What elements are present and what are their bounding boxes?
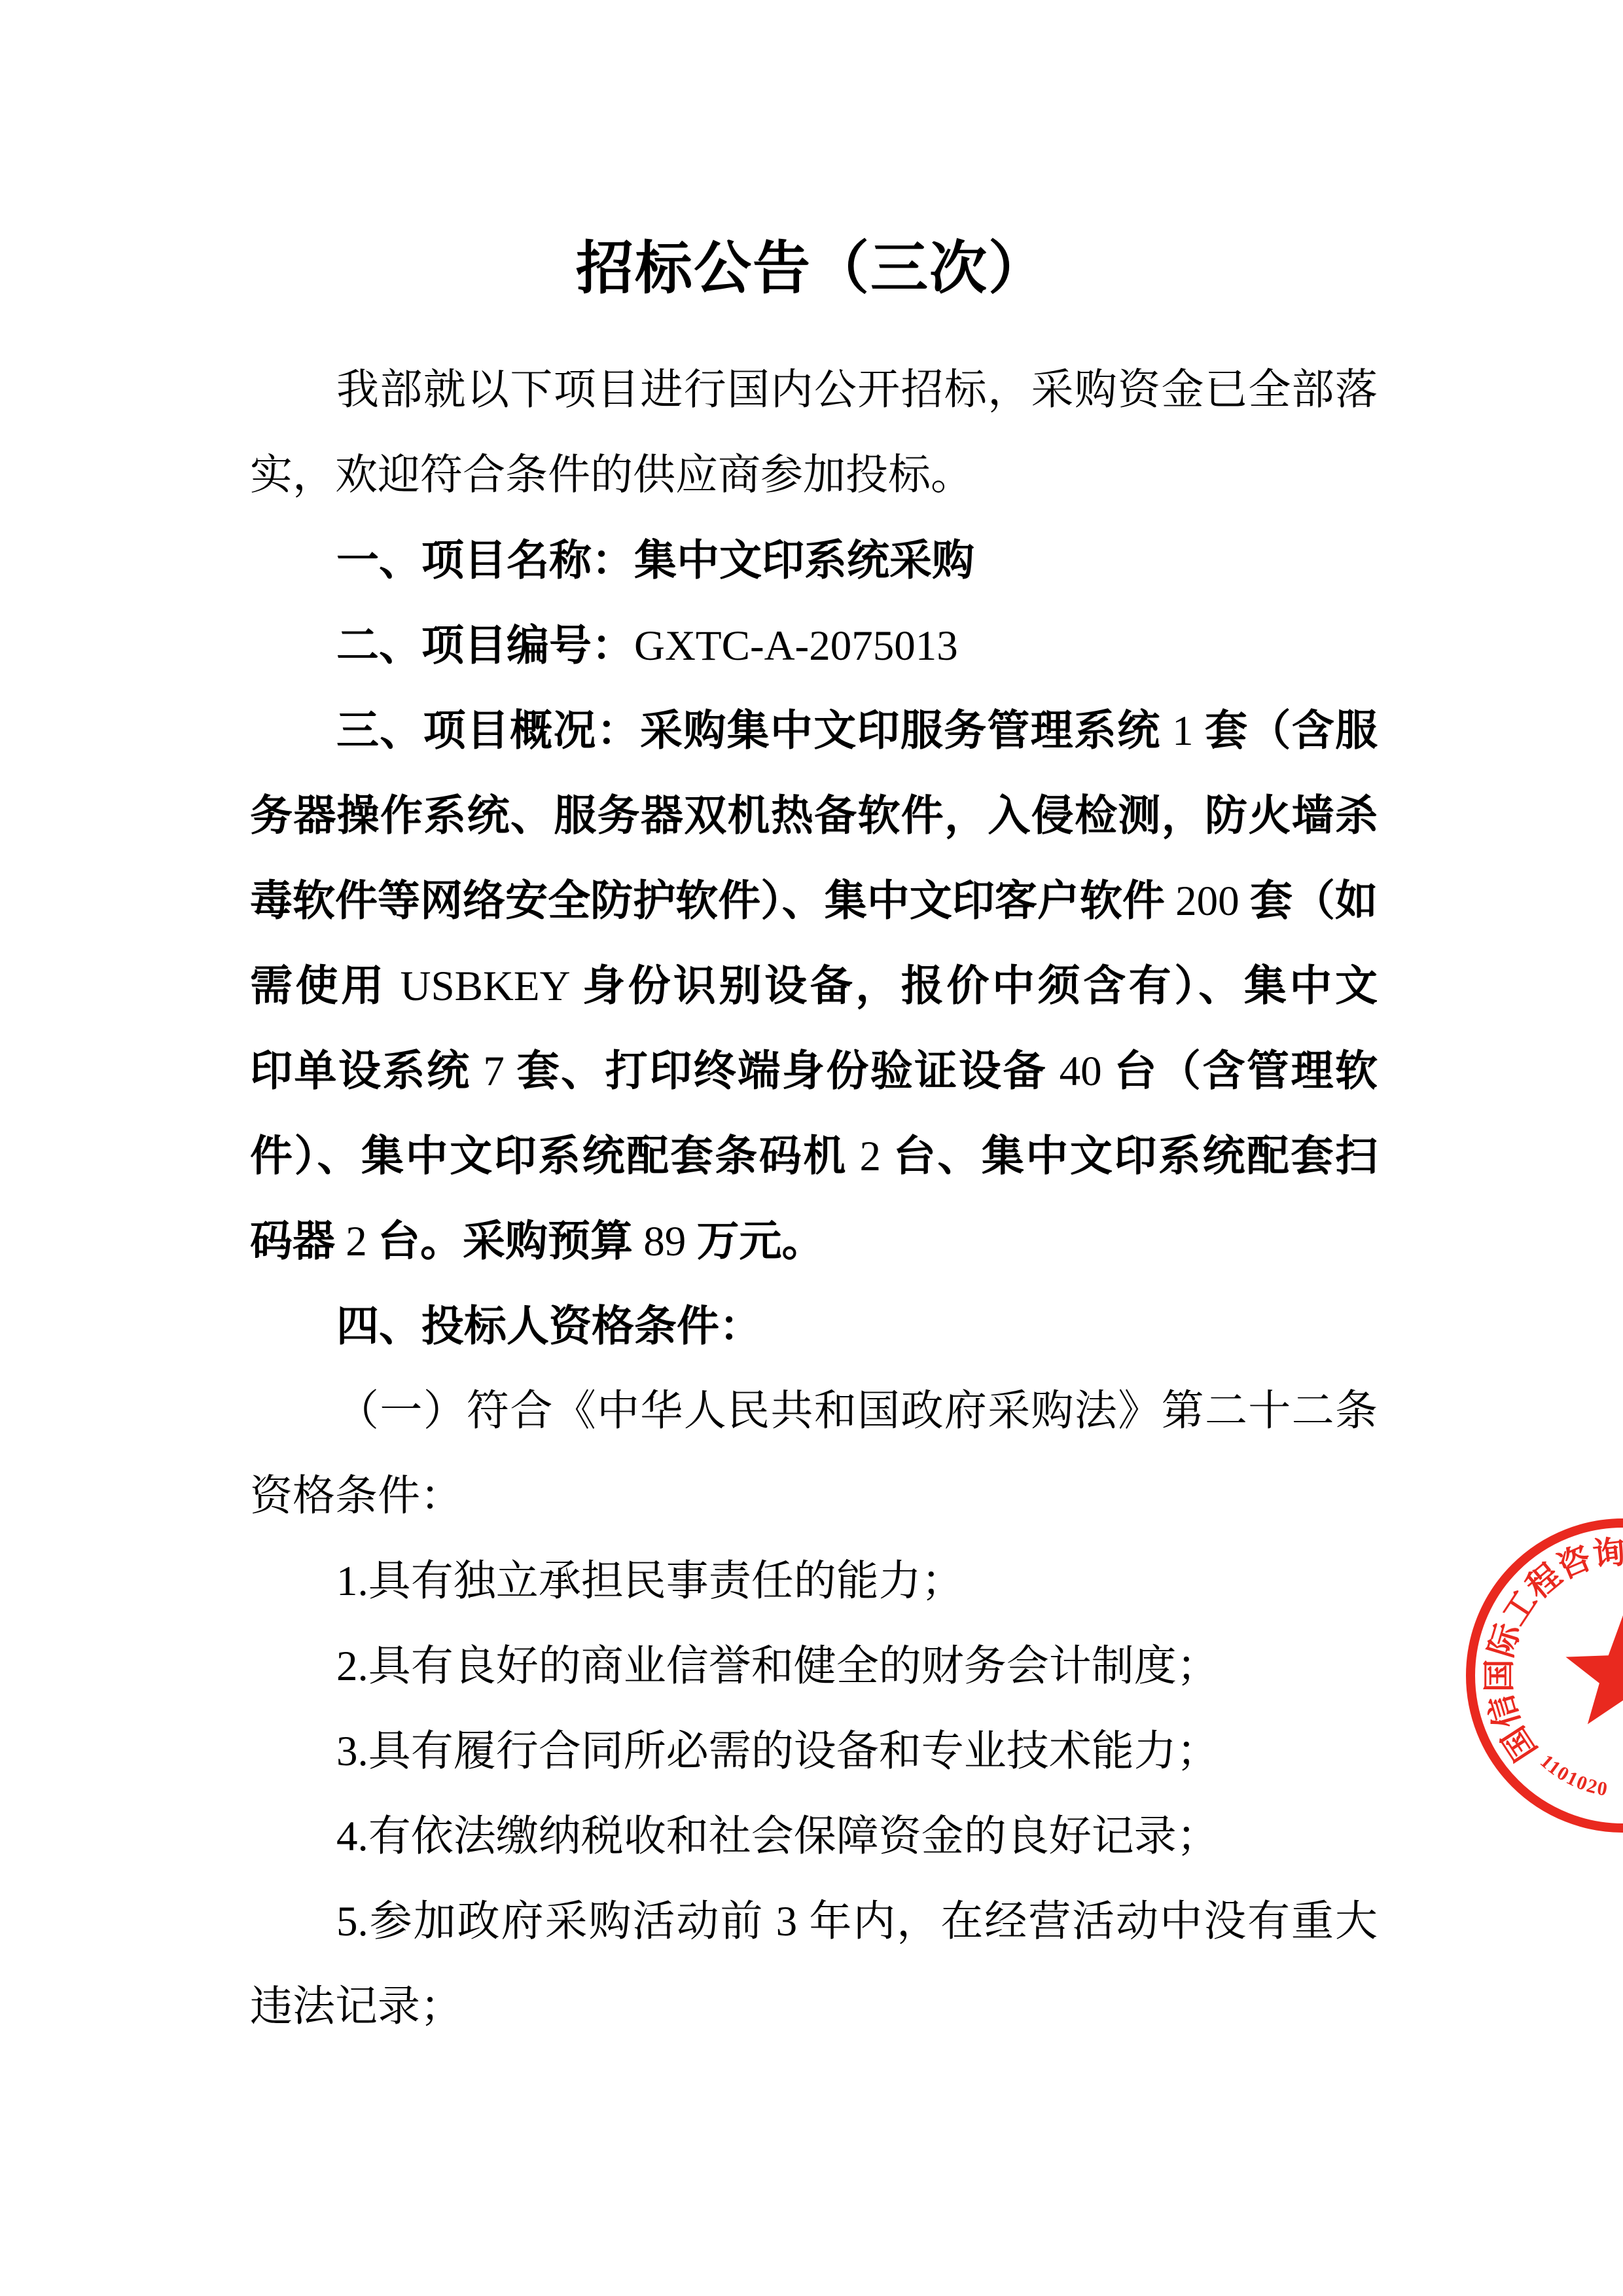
text-run: 5.参加政府采购活动前 3 年内，在经营活动中没有重大 [336,1898,1378,1945]
text-run: 台（含管理软 [1114,1047,1378,1094]
company-seal-stamp: 国信国际工程咨询 1101020 [1459,1512,1623,1839]
text-run: 200 [1165,878,1250,925]
text-run: 套（含服 [1205,706,1378,754]
text-run: 台、集中文印系统配套扫 [893,1132,1378,1179]
body-text: 我部就以下项目进行国内公开招标，采购资金已全部落实，欢迎符合条件的供应商参加投标… [250,348,1378,2049]
text-run: 1 [1161,708,1205,755]
text-run: GXTC-A-2075013 [634,622,958,670]
text-run: 务器操作系统、服务器双机热备软件，入侵检测，防火墙杀 [250,791,1378,839]
document-line: 一、项目名称：集中文印系统采购 [250,518,1378,603]
text-run: 身份识别设备，报价中须含有）、集中文 [582,961,1378,1009]
document-line: 2.具有良好的商业信誉和健全的财务会计制度； [250,1624,1378,1709]
text-run: 三、项目概况：采购集中文印服务管理系统 [336,706,1161,754]
text-run: 我部就以下项目进行国内公开招标，采购资金已全部落 [336,367,1378,414]
document-line: 务器操作系统、服务器双机热备软件，入侵检测，防火墙杀 [250,773,1378,858]
document-line: 3.具有履行合同所必需的设备和专业技术能力； [250,1709,1378,1794]
document-line: （一）符合《中华人民共和国政府采购法》第二十二条 [250,1369,1378,1454]
text-run: 台。采购预算 [378,1217,633,1265]
text-run: 89 [633,1218,697,1265]
text-run: 7 [471,1048,517,1095]
document-line: 码器 2 台。采购预算 89 万元。 [250,1198,1378,1283]
document-line: 4.有依法缴纳税收和社会保障资金的良好记录； [250,1794,1378,1879]
document-line: 实，欢迎符合条件的供应商参加投标。 [250,433,1378,518]
text-run: 一、项目名称：集中文印系统采购 [336,536,974,584]
document-line: 我部就以下项目进行国内公开招标，采购资金已全部落 [250,348,1378,433]
text-run: 2 [847,1133,893,1180]
text-run: 2 [335,1218,378,1265]
document-line: 5.参加政府采购活动前 3 年内，在经营活动中没有重大 [250,1879,1378,1964]
document-line: 二、项目编号：GXTC-A-2075013 [250,603,1378,688]
text-run: 3.具有履行合同所必需的设备和专业技术能力； [336,1728,1219,1775]
document-line: 毒软件等网络安全防护软件）、集中文印客户软件 200 套（如 [250,858,1378,943]
text-run: 二、项目编号： [336,621,634,669]
document-line: 资格条件： [250,1454,1378,1539]
document-line: 四、投标人资格条件： [250,1283,1378,1369]
text-run: 印单设系统 [250,1047,471,1094]
text-run: 实，欢迎符合条件的供应商参加投标。 [250,452,973,499]
text-run: 40 [1047,1048,1115,1095]
text-run: 2.具有良好的商业信誉和健全的财务会计制度； [336,1643,1219,1690]
text-run: 万元。 [697,1217,825,1265]
seal-star-icon [1566,1615,1623,1724]
seal-number-text: 1101020 [1536,1750,1610,1800]
document-line: 件）、集中文印系统配套条码机 2 台、集中文印系统配套扫 [250,1113,1378,1198]
page-title: 招标公告（三次） [0,227,1623,312]
text-run: 需使用 [250,961,387,1009]
document-page: { "page": { "background": "#ffffff", "te… [0,0,1623,2296]
text-run: 违法记录； [250,1983,463,2030]
text-run: 1.具有独立承担民事责任的能力； [336,1558,964,1605]
text-run: 资格条件： [250,1473,463,1520]
text-run: （一）符合《中华人民共和国政府采购法》第二十二条 [336,1388,1378,1435]
document-line: 违法记录； [250,1964,1378,2049]
text-run: 件）、集中文印系统配套条码机 [250,1132,847,1179]
text-run: 毒软件等网络安全防护软件）、集中文印客户软件 [250,876,1165,924]
text-run: 套、打印终端身份验证设备 [517,1047,1047,1094]
document-line: 印单设系统 7 套、打印终端身份验证设备 40 台（含管理软 [250,1028,1378,1113]
text-run: 码器 [250,1217,335,1265]
seal-ring-text: 国信国际工程咨询 [1481,1533,1623,1767]
document-line: 三、项目概况：采购集中文印服务管理系统 1 套（含服 [250,688,1378,773]
document-line: 需使用 USBKEY 身份识别设备，报价中须含有）、集中文 [250,943,1378,1028]
text-run: 四、投标人资格条件： [336,1302,762,1350]
text-run: 套（如 [1250,876,1378,924]
text-run: USBKEY [387,963,582,1010]
text-run: 4.有依法缴纳税收和社会保障资金的良好记录； [336,1813,1219,1860]
document-line: 1.具有独立承担民事责任的能力； [250,1539,1378,1624]
